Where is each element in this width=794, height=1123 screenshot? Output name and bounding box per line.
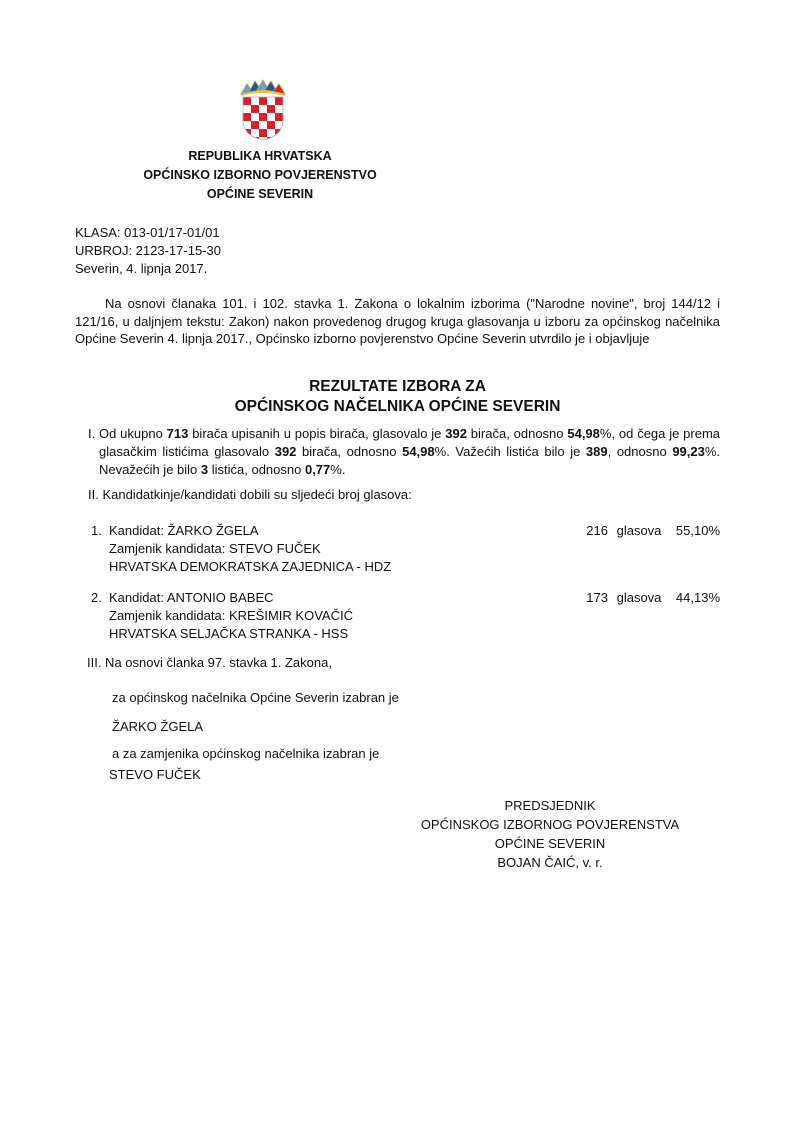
signature-municipality: OPĆINE SEVERIN xyxy=(410,834,690,853)
section-number: I. xyxy=(88,425,95,443)
registered-voters: 713 xyxy=(167,426,189,441)
place-date: Severin, 4. lipnja 2017. xyxy=(75,260,221,278)
intro-text: Na osnovi članaka 101. i 102. stavka 1. … xyxy=(75,295,720,348)
header-line-municipality: OPĆINE SEVERIN xyxy=(110,185,410,204)
signature-title: PREDSJEDNIK xyxy=(410,796,690,815)
klasa: KLASA: 013-01/17-01/01 xyxy=(75,224,221,242)
signature-block: PREDSJEDNIK OPĆINSKOG IZBORNOG POVJERENS… xyxy=(410,796,690,872)
turnout-percent: 54,98 xyxy=(567,426,600,441)
title-line-2: OPĆINSKOG NAČELNIKA OPĆINE SEVERIN xyxy=(75,397,720,417)
intro-paragraph: Na osnovi članaka 101. i 102. stavka 1. … xyxy=(75,295,720,348)
invalid-percent: 0,77 xyxy=(305,462,330,477)
votes-label: glasova xyxy=(608,522,670,540)
votes-count: 173 xyxy=(580,589,608,607)
title-line-1: REZULTATE IZBORA ZA xyxy=(75,377,720,397)
signature-body: OPĆINSKOG IZBORNOG POVJERENSTVA xyxy=(410,815,690,834)
signature-name: BOJAN ČAIĆ, v. r. xyxy=(410,853,690,872)
party-name: HRVATSKA DEMOKRATSKA ZAJEDNICA - HDZ xyxy=(109,558,720,576)
deputy-name: Zamjenik kandidata: KREŠIMIR KOVAČIĆ xyxy=(109,607,720,625)
candidate-entry: 1. Kandidat: ŽARKO ŽGELA Zamjenik kandid… xyxy=(91,522,720,576)
votes-count: 216 xyxy=(580,522,608,540)
valid-percent: 99,23 xyxy=(672,444,705,459)
urbroj: URBROJ: 2123-17-15-30 xyxy=(75,242,221,260)
voters-count: 392 xyxy=(445,426,467,441)
header-line-republic: REPUBLIKA HRVATSKA xyxy=(110,147,410,166)
elected-mayor-name: ŽARKO ŽGELA xyxy=(112,719,203,734)
ballots-percent: 54,98 xyxy=(402,444,435,459)
votes-percent: 55,10% xyxy=(670,522,720,540)
candidate-votes: 173 glasova 44,13% xyxy=(580,589,720,607)
document-meta: KLASA: 013-01/17-01/01 URBROJ: 2123-17-1… xyxy=(75,224,221,278)
candidate-index: 1. xyxy=(91,522,109,576)
valid-ballots: 389 xyxy=(586,444,608,459)
votes-percent: 44,13% xyxy=(670,589,720,607)
candidate-votes: 216 glasova 55,10% xyxy=(580,522,720,540)
document-title: REZULTATE IZBORA ZA OPĆINSKOG NAČELNIKA … xyxy=(75,377,720,417)
elected-mayor-text: za općinskog načelnika Općine Severin iz… xyxy=(112,690,399,705)
party-name: HRVATSKA SELJAČKA STRANKA - HSS xyxy=(109,625,720,643)
candidate-entry: 2. Kandidat: ANTONIO BABEC Zamjenik kand… xyxy=(91,589,720,643)
section-candidates-heading: II. Kandidatkinje/kandidati dobili su sl… xyxy=(88,487,412,502)
section-election-result-heading: III. Na osnovi članka 97. stavka 1. Zako… xyxy=(87,655,332,670)
header-line-commission: OPĆINSKO IZBORNO POVJERENSTVO xyxy=(110,166,410,185)
votes-label: glasova xyxy=(608,589,670,607)
issuer-header: REPUBLIKA HRVATSKA OPĆINSKO IZBORNO POVJ… xyxy=(110,147,410,204)
section-turnout: I. Od ukupno 713 birača upisanih u popis… xyxy=(88,425,720,479)
elected-deputy-name: STEVO FUČEK xyxy=(109,767,201,782)
turnout-text: Od ukupno 713 birača upisanih u popis bi… xyxy=(99,425,720,479)
ballots-count: 392 xyxy=(275,444,297,459)
elected-deputy-text: a za zamjenika općinskog načelnika izabr… xyxy=(112,746,379,761)
deputy-name: Zamjenik kandidata: STEVO FUČEK xyxy=(109,540,720,558)
candidate-index: 2. xyxy=(91,589,109,643)
croatian-coat-of-arms-icon xyxy=(229,78,293,142)
